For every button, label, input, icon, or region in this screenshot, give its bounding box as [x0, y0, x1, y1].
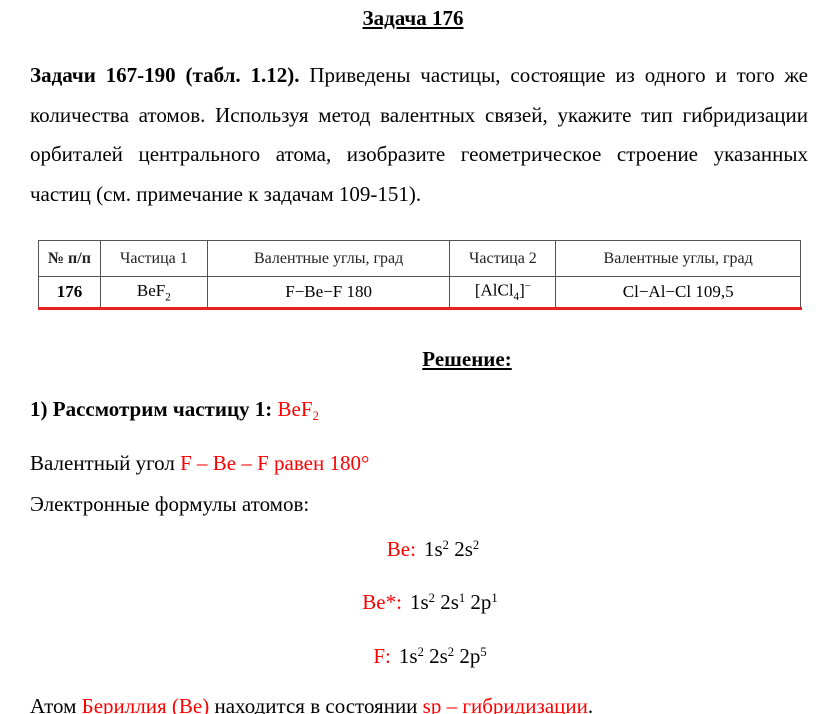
hyb-text-2: находится в состоянии	[209, 694, 422, 714]
step1-formula-base: BeF	[278, 397, 313, 421]
hyb-atom: Бериллия (Be)	[82, 694, 210, 714]
data-table-container: № п/п Частица 1 Валентные углы, град Час…	[38, 240, 801, 308]
task-statement-bold: Задачи 167-190 (табл. 1.12).	[30, 63, 299, 87]
cell-particle1: BeF2	[100, 277, 207, 308]
hyb-text-1: Атом	[30, 694, 82, 714]
config-terms: 1s2 2s1 2p1	[410, 590, 498, 614]
step1-label: 1) Рассмотрим частицу 1:	[30, 397, 278, 421]
particle1-sub: 2	[165, 291, 171, 303]
config-f: F:1s2 2s2 2p5	[0, 644, 826, 669]
step1-line: 1) Рассмотрим частицу 1: BeF2	[30, 397, 319, 422]
header-angles2: Валентные углы, град	[556, 241, 801, 277]
header-angles1: Валентные углы, град	[207, 241, 450, 277]
angle-value: F – Be – F равен 180°	[180, 451, 369, 475]
config-atom: F:	[373, 644, 391, 668]
table-underline	[38, 307, 802, 310]
cell-angles2: Cl−Al−Cl 109,5	[556, 277, 801, 308]
config-be-excited: Be*:1s2 2s1 2p1	[0, 590, 826, 615]
header-particle1: Частица 1	[100, 241, 207, 277]
angle-line: Валентный угол F – Be – F равен 180°	[30, 451, 369, 476]
hyb-text-3: .	[588, 694, 593, 714]
step1-formula: BeF2	[278, 397, 319, 421]
data-table: № п/п Частица 1 Валентные углы, град Час…	[38, 240, 801, 308]
particle1-base: BeF	[137, 281, 165, 300]
cell-angles1: F−Be−F 180	[207, 277, 450, 308]
header-particle2: Частица 2	[450, 241, 556, 277]
task-title: Задача 176	[0, 6, 826, 31]
particle2-open: [AlCl	[475, 281, 514, 300]
angle-prefix: Валентный угол	[30, 451, 180, 475]
cell-num: 176	[39, 277, 101, 308]
hybridization-line: Атом Бериллия (Be) находится в состоянии…	[30, 694, 593, 714]
solution-heading: Решение:	[0, 347, 826, 372]
step1-formula-sub: 2	[313, 409, 319, 423]
particle2-charge: −	[525, 280, 531, 292]
config-terms: 1s2 2s2	[424, 537, 479, 561]
cell-particle2: [AlCl4]−	[450, 277, 556, 308]
config-be: Be:1s2 2s2	[0, 537, 826, 562]
task-statement: Задачи 167-190 (табл. 1.12). Приведены ч…	[30, 56, 808, 214]
table-header-row: № п/п Частица 1 Валентные углы, град Час…	[39, 241, 801, 277]
config-atom: Be:	[387, 537, 416, 561]
hyb-type: sp – гибридизации	[423, 694, 588, 714]
config-atom: Be*:	[362, 590, 402, 614]
table-row: 176 BeF2 F−Be−F 180 [AlCl4]− Cl−Al−Cl 10…	[39, 277, 801, 308]
header-num: № п/п	[39, 241, 101, 277]
formulas-label: Электронные формулы атомов:	[30, 492, 309, 517]
config-terms: 1s2 2s2 2p5	[399, 644, 487, 668]
